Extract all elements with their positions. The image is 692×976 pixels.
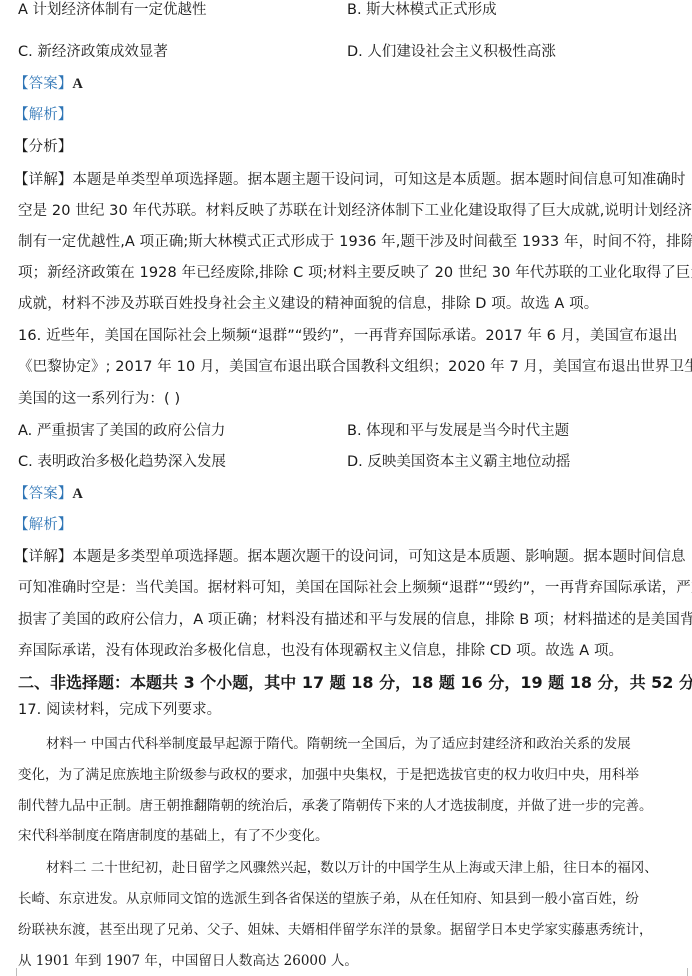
q16-detail-line: 损害了美国的政府公信力，A 项正确；材料没有描述和平与发展的信息，排除 B 项；…	[18, 610, 692, 630]
material-line: 长崎、东京进发。从京师同文馆的选派生到各省保送的望族子弟，从在任知府、知县到一般…	[18, 889, 639, 909]
q15-detail-line: 制有一定优越性,A 项正确;斯大林模式正式形成于 1936 年,题干涉及时间截至…	[18, 232, 692, 252]
q17-stem: 17. 阅读材料，完成下列要求。	[18, 700, 221, 720]
answer-value: A	[72, 486, 83, 502]
q16-detail-line: 【详解】本题是多类型单项选择题。据本题次题干的设问词，可知这是本质题、影响题。据…	[14, 547, 686, 567]
q16-stem-line: 《巴黎协定》; 2017 年 10 月，美国宣布退出联合国教科文组织；2020 …	[18, 357, 692, 377]
q15-analysis-label: 【解析】	[14, 105, 72, 125]
answer-value: A	[72, 76, 83, 92]
material-line: 纷联袂东渡，甚至出现了兄弟、父子、姐妹、夫婿相伴留学东洋的景象。据留学日本史学家…	[18, 920, 653, 940]
page-corner-mark-right	[687, 968, 688, 976]
material-line: 制代替九品中正制。唐王朝推翻隋朝的统治后，承袭了隋朝传下来的人才选拔制度，并做了…	[18, 796, 653, 816]
q15-answer: 【答案】A	[14, 74, 83, 94]
q16-option-b: B. 体现和平与发展是当今时代主题	[347, 421, 569, 441]
q15-detail-line: 【详解】本题是单类型单项选择题。据本题主题干设问词，可知这是本质题。据本题时间信…	[14, 170, 686, 190]
q16-option-a: A. 严重损害了美国的政府公信力	[18, 421, 225, 441]
material-line: 变化，为了满足庶族地主阶级参与政权的要求，加强中央集权，于是把选拔官吏的权力收归…	[18, 765, 639, 785]
detail-text: 本题是多类型单项选择题。据本题次题干的设问词，可知这是本质题、影响题。据本题时间…	[72, 549, 685, 565]
material-line: 材料二 二十世纪初，赴日留学之风骤然兴起，数以万计的中国学生从上海或天津上船，往…	[46, 858, 658, 878]
section-heading: 二、非选择题：本题共 3 个小题，其中 17 题 18 分，18 题 16 分，…	[18, 672, 692, 694]
q15-detail-line: 成就，材料不涉及苏联百姓投身社会主义建设的精神面貌的信息，排除 D 项。故选 A…	[18, 294, 598, 314]
q15-option-c: C. 新经济政策成效显著	[18, 42, 168, 62]
q15-detail-line: 项；新经济政策在 1928 年已经废除,排除 C 项;材料主要反映了 20 世纪…	[18, 263, 692, 283]
detail-label: 【详解】	[14, 172, 72, 188]
q16-stem-line: 美国的这一系列行为：( )	[18, 389, 180, 409]
q16-option-d: D. 反映美国资本主义霸主地位动摇	[347, 452, 570, 472]
q16-option-c: C. 表明政治多极化趋势深入发展	[18, 452, 226, 472]
material-line: 从 1901 年到 1907 年，中国留日人数高达 26000 人。	[18, 951, 358, 971]
q16-stem-line: 16. 近些年，美国在国际社会上频频“退群”“毁约”，一再背弃国际承诺。2017…	[18, 326, 677, 346]
answer-label: 【答案】	[14, 486, 72, 502]
material-line: 宋代科举制度在隋唐制度的基础上，有了不少变化。	[18, 826, 329, 846]
answer-label: 【答案】	[14, 76, 72, 92]
q15-option-d: D. 人们建设社会主义积极性高涨	[347, 42, 556, 62]
detail-label: 【详解】	[14, 549, 72, 565]
detail-text: 本题是单类型单项选择题。据本题主题干设问词，可知这是本质题。据本题时间信息可知准…	[72, 172, 685, 188]
q16-detail-line: 可知准确时空是：当代美国。据材料可知，美国在国际社会上频频“退群”“毁约”，一再…	[18, 578, 692, 598]
q15-fenxi-label: 【分析】	[14, 137, 72, 157]
q16-analysis-label: 【解析】	[14, 515, 72, 535]
q15-option-b: B. 斯大林模式正式形成	[347, 0, 497, 20]
material-line: 材料一 中国古代科举制度最早起源于隋代。隋朝统一全国后，为了适应封建经济和政治关…	[46, 734, 631, 754]
page-corner-mark-left	[16, 968, 17, 976]
q16-answer: 【答案】A	[14, 484, 83, 504]
q16-detail-line: 弃国际承诺，没有体现政治多极化信息，也没有体现霸权主义信息，排除 CD 项。故选…	[18, 641, 623, 661]
q15-option-a: A 计划经济体制有一定优越性	[18, 0, 207, 20]
q15-detail-line: 空是 20 世纪 30 年代苏联。材料反映了苏联在计划经济体制下工业化建设取得了…	[18, 201, 692, 221]
